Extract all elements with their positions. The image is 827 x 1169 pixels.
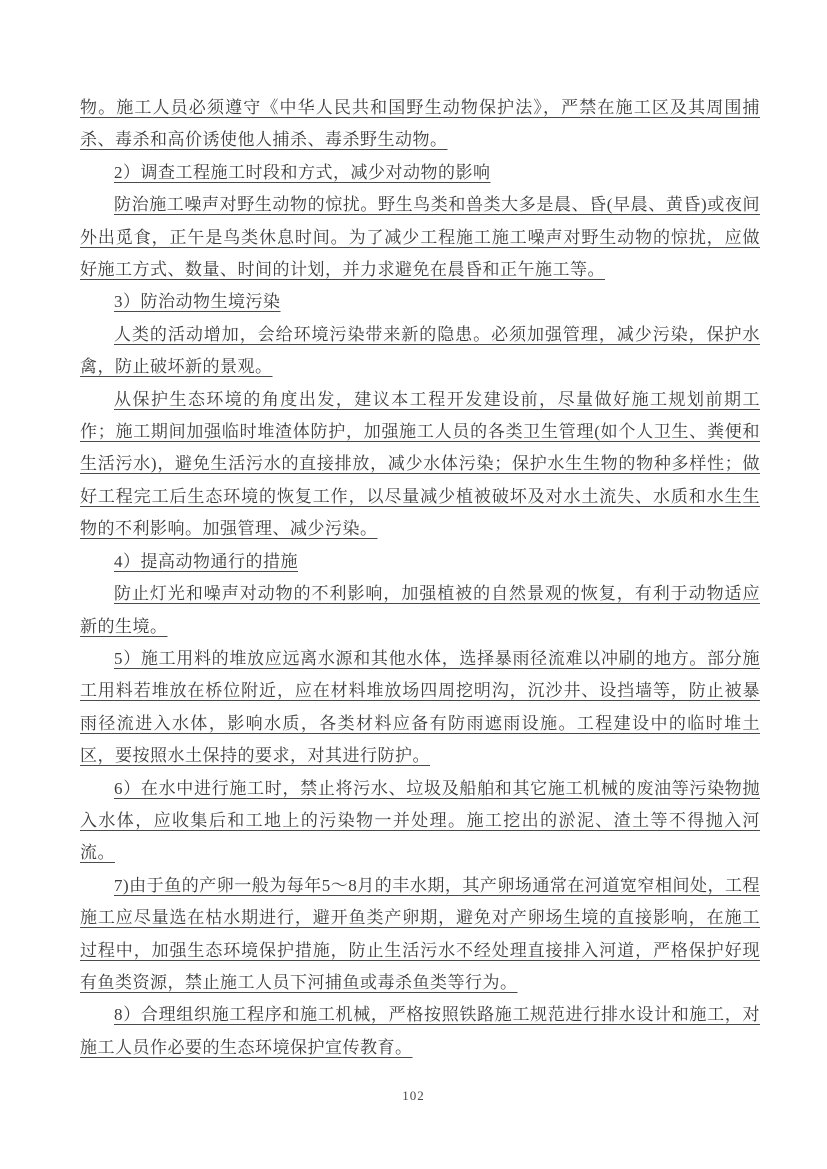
paragraph-body: 从保护生态环境的角度出发，建议本工程开发建设前，尽量做好施工规划前期工作；施工期… (80, 384, 760, 546)
paragraph-item-5: 5）施工用料的堆放应远离水源和其他水体，选择暴雨径流难以冲刷的地方。部分施工用料… (80, 643, 760, 773)
paragraph-body: 防止灯光和噪声对动物的不利影响，加强植被的自然景观的恢复，有利于动物适应新的生境… (80, 578, 760, 643)
paragraph-continuation: 物。施工人员必须遵守《中华人民共和国野生动物保护法》，严禁在施工区及其周围捕杀、… (80, 92, 760, 157)
paragraph-item-8: 8）合理组织施工程序和施工机械，严格按照铁路施工规范进行排水设计和施工，对施工人… (80, 999, 760, 1064)
page-number: 102 (0, 1088, 827, 1104)
paragraph-item-7: 7)由于鱼的产卵一般为每年5～8月的丰水期，其产卵场通常在河道宽窄相间处，工程施… (80, 870, 760, 1000)
paragraph-heading-3: 3）防治动物生境污染 (80, 286, 760, 318)
paragraph-heading-2: 2）调查工程施工时段和方式，减少对动物的影响 (80, 157, 760, 189)
paragraph-heading-4: 4）提高动物通行的措施 (80, 546, 760, 578)
document-page: 物。施工人员必须遵守《中华人民共和国野生动物保护法》，严禁在施工区及其周围捕杀、… (0, 0, 827, 1169)
paragraph-body: 防治施工噪声对野生动物的惊扰。野生鸟类和兽类大多是晨、昏(早晨、黄昏)或夜间外出… (80, 189, 760, 286)
paragraph-body: 人类的活动增加，会给环境污染带来新的隐患。必须加强管理，减少污染，保护水禽，防止… (80, 319, 760, 384)
paragraph-item-6: 6）在水中进行施工时，禁止将污水、垃圾及船舶和其它施工机械的废油等污染物抛入水体… (80, 773, 760, 870)
